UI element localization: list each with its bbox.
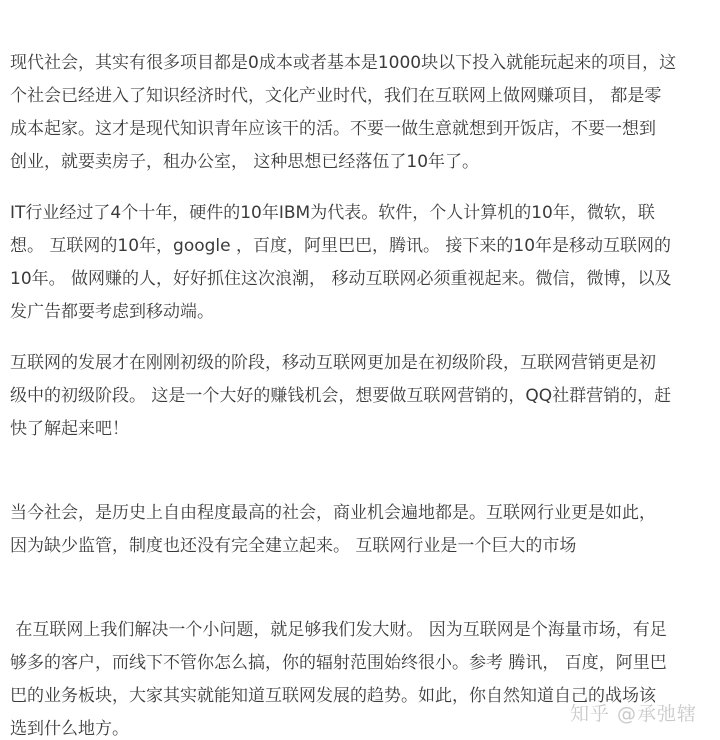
paragraph-internet-development: 互联网的发展才在刚刚初级的阶段，移动互联网更加是在初级阶段，互联网营销更是初 级… <box>10 347 710 446</box>
paragraph-modern-society: 现代社会，其实有很多项目都是0成本或者基本是1000块以下投入就能玩起来的项目，… <box>10 47 710 179</box>
paragraph-it-industry: IT行业经过了4个十年，硬件的10年IBM为代表。软件，个人计算机的10年，微软… <box>10 197 710 329</box>
text-line: 在互联网上我们解决一个小问题，就足够我们发大财。 因为互联网是个海量市场，有足 <box>10 614 710 647</box>
zhihu-watermark: 知乎 @承弛辖 <box>570 699 697 726</box>
paragraph-current-society: 当今社会，是历史上自由程度最高的社会，商业机会遍地都是。互联网行业更是如此， 因… <box>10 497 710 563</box>
text-line: 快了解起来吧！ <box>10 413 710 446</box>
text-line: 互联网的发展才在刚刚初级的阶段，移动互联网更加是在初级阶段，互联网营销更是初 <box>10 347 710 380</box>
text-line: 10年。 做网赚的人，好好抓住这次浪潮， 移动互联网必须重视起来。微信，微博，以… <box>10 263 710 296</box>
text-line: 现代社会，其实有很多项目都是0成本或者基本是1000块以下投入就能玩起来的项目，… <box>10 47 710 80</box>
text-line: 个社会已经进入了知识经济时代，文化产业时代，我们在互联网上做网赚项目， 都是零 <box>10 80 710 113</box>
text-line: 创业，就要卖房子，租办公室， 这种思想已经落伍了10年了。 <box>10 146 710 179</box>
text-line: 发广告都要考虑到移动端。 <box>10 296 710 329</box>
text-line: IT行业经过了4个十年，硬件的10年IBM为代表。软件，个人计算机的10年，微软… <box>10 197 710 230</box>
text-line: 级中的初级阶段。 这是一个大好的赚钱机会，想要做互联网营销的，QQ社群营销的，赶 <box>10 380 710 413</box>
text-line: 想。 互联网的10年，google ，百度，阿里巴巴，腾讯。 接下来的10年是移… <box>10 230 710 263</box>
article-body: 现代社会，其实有很多项目都是0成本或者基本是1000块以下投入就能玩起来的项目，… <box>0 0 720 740</box>
text-line: 当今社会，是历史上自由程度最高的社会，商业机会遍地都是。互联网行业更是如此， <box>10 497 710 530</box>
text-line: 成本起家。这才是现代知识青年应该干的活。不要一做生意就想到开饭店，不要一想到 <box>10 113 710 146</box>
text-line: 因为缺少监管，制度也还没有完全建立起来。 互联网行业是一个巨大的市场 <box>10 530 710 563</box>
text-line: 够多的客户，而线下不管你怎么搞，你的辐射范围始终很小。参考 腾讯， 百度，阿里巴 <box>10 647 710 680</box>
